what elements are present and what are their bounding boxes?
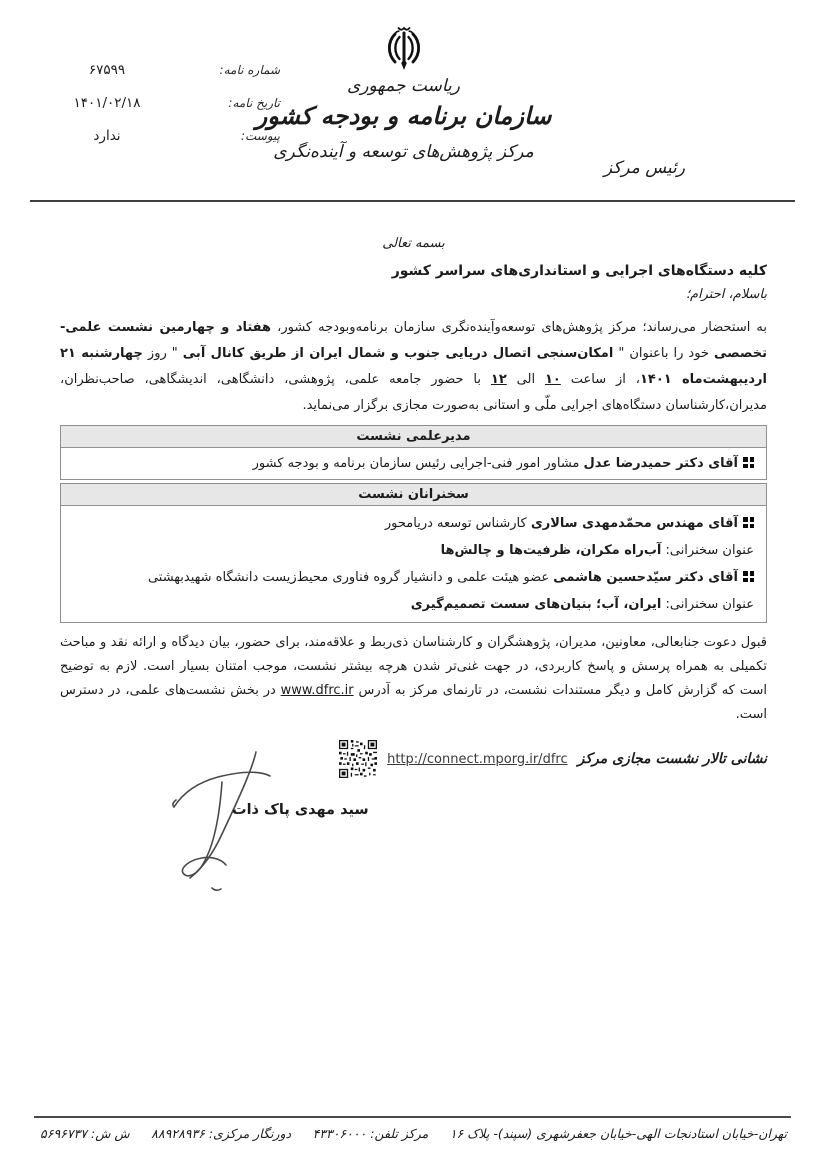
cross-bullet-icon bbox=[743, 517, 754, 528]
moderator-row: آقای دکتر حمیدرضا عدل مشاور امور فنی-اجر… bbox=[61, 448, 766, 479]
attachment-value: ندارد bbox=[42, 128, 172, 144]
letter-number-label: شماره نامه: bbox=[220, 63, 280, 77]
letter-date-label: تاریخ نامه: bbox=[228, 96, 280, 110]
header-divider bbox=[30, 200, 795, 202]
speech-title-label: عنوان سخنرانی: bbox=[661, 597, 754, 612]
footer-address: تهران-خیابان استادنجات الهی-خیابان جعفرش… bbox=[450, 1126, 787, 1141]
closing-paragraph: قبول دعوت جنابعالی، معاونین، مدیران، پژو… bbox=[60, 631, 767, 727]
speaker-desc: عضو هیئت علمی و دانشیار گروه فناوری محیط… bbox=[148, 570, 553, 585]
attachment-row: پیوست: ندارد bbox=[42, 128, 280, 144]
speaker-row: آقای مهندس محمّدمهدی سالاری کارشناس توسع… bbox=[73, 510, 754, 537]
letterhead: ریاست جمهوری سازمان برنامه و بودجه کشور … bbox=[254, 76, 554, 162]
speech-title: ایران، آب؛ بنیان‌های سست تصمیم‌گیری bbox=[411, 597, 662, 612]
intro-text: خود را باعنوان " bbox=[613, 346, 714, 361]
moderator-name: آقای دکتر حمیدرضا عدل bbox=[584, 456, 738, 471]
virtual-hall-link[interactable]: http://connect.mporg.ir/dfrc bbox=[387, 752, 568, 767]
letter-number-row: شماره نامه: ۶۷۵۹۹ bbox=[42, 62, 280, 78]
intro-text: الی bbox=[507, 372, 545, 387]
letter-date-row: تاریخ نامه: ۱۴۰۱/۰۲/۱۸ bbox=[42, 95, 280, 111]
intro-text: ، از ساعت bbox=[561, 372, 640, 387]
speech-title: آب‌راه مکران، ظرفیت‌ها و چالش‌ها bbox=[441, 543, 662, 558]
signature-block: سید مهدی پاک ذات bbox=[160, 748, 370, 908]
speakers-table-header: سخنرانان نشست bbox=[61, 484, 766, 506]
speaker-desc: کارشناس توسعه دریامحور bbox=[385, 516, 531, 531]
signer-name: سید مهدی پاک ذات bbox=[232, 802, 369, 818]
intro-text: " روز bbox=[143, 346, 183, 361]
footer-phone: مرکز تلفن: ۴۳۳۰۶۰۰۰ bbox=[313, 1126, 429, 1141]
org-name: سازمان برنامه و بودجه کشور bbox=[254, 102, 554, 130]
end-hour: ۱۲ bbox=[491, 372, 507, 387]
letter-body: بسمه تعالی کلیه دستگاه‌های اجرایی و استا… bbox=[60, 226, 767, 778]
handwritten-signature-icon bbox=[160, 748, 310, 898]
moderator-table: مدیرعلمی نشست آقای دکتر حمیدرضا عدل مشاو… bbox=[60, 425, 767, 480]
speech-title-row: عنوان سخنرانی: آب‌راه مکران، ظرفیت‌ها و … bbox=[73, 537, 754, 564]
recipient-line: کلیه دستگاه‌های اجرایی و استانداری‌های س… bbox=[60, 263, 767, 279]
speakers-list: آقای مهندس محمّدمهدی سالاری کارشناس توسع… bbox=[61, 506, 766, 622]
besmele-text: بسمه تعالی bbox=[60, 236, 767, 251]
letter-date-value: ۱۴۰۱/۰۲/۱۸ bbox=[42, 95, 172, 111]
letter-number-value: ۶۷۵۹۹ bbox=[42, 62, 172, 78]
speaker-name: آقای مهندس محمّدمهدی سالاری bbox=[531, 516, 738, 531]
moderator-desc: مشاور امور فنی-اجرایی رئیس سازمان برنامه… bbox=[253, 456, 584, 471]
speech-title-row: عنوان سخنرانی: ایران، آب؛ بنیان‌های سست … bbox=[73, 591, 754, 618]
attachment-label: پیوست: bbox=[241, 129, 280, 143]
center-head-title: رئیس مرکز bbox=[604, 158, 685, 178]
iran-emblem-icon bbox=[382, 24, 426, 78]
intro-paragraph: به استحضار می‌رساند؛ مرکز پژوهش‌های توسع… bbox=[60, 315, 767, 419]
cross-bullet-icon bbox=[743, 457, 754, 468]
footer-registration-code: ش ش: ۵۶۹۶۷۳۷ bbox=[40, 1126, 130, 1141]
speaker-name: آقای دکتر سیّدحسین هاشمی bbox=[553, 570, 738, 585]
footer-divider bbox=[34, 1116, 791, 1118]
speech-title-label: عنوان سخنرانی: bbox=[661, 543, 754, 558]
session-title-bold: امکان‌سنجی اتصال دریایی جنوب و شمال ایرا… bbox=[183, 346, 614, 361]
start-hour: ۱۰ bbox=[545, 372, 561, 387]
dfrc-website-link[interactable]: www.dfrc.ir bbox=[281, 683, 354, 698]
salutation-line: باسلام، احترام؛ bbox=[60, 287, 767, 302]
moderator-table-header: مدیرعلمی نشست bbox=[61, 426, 766, 448]
org-center-name: مرکز پژوهش‌های توسعه و آینده‌نگری bbox=[254, 142, 554, 162]
footer-contact-bar: تهران-خیابان استادنجات الهی-خیابان جعفرش… bbox=[40, 1126, 787, 1141]
cross-bullet-icon bbox=[743, 571, 754, 582]
org-presidency: ریاست جمهوری bbox=[254, 76, 554, 96]
official-letter-page: ریاست جمهوری سازمان برنامه و بودجه کشور … bbox=[0, 0, 827, 1169]
virtual-hall-label: نشانی تالار نشست مجازی مرکز bbox=[578, 751, 767, 767]
letter-meta: شماره نامه: ۶۷۵۹۹ تاریخ نامه: ۱۴۰۱/۰۲/۱۸… bbox=[42, 62, 280, 161]
speakers-table: سخنرانان نشست آقای مهندس محمّدمهدی سالار… bbox=[60, 483, 767, 623]
footer-fax: دورنگار مرکزی: ۸۸۹۲۸۹۳۶ bbox=[151, 1126, 291, 1141]
intro-text: به استحضار می‌رساند؛ مرکز پژوهش‌های توسع… bbox=[271, 320, 767, 335]
speaker-row: آقای دکتر سیّدحسین هاشمی عضو هیئت علمی و… bbox=[73, 564, 754, 591]
